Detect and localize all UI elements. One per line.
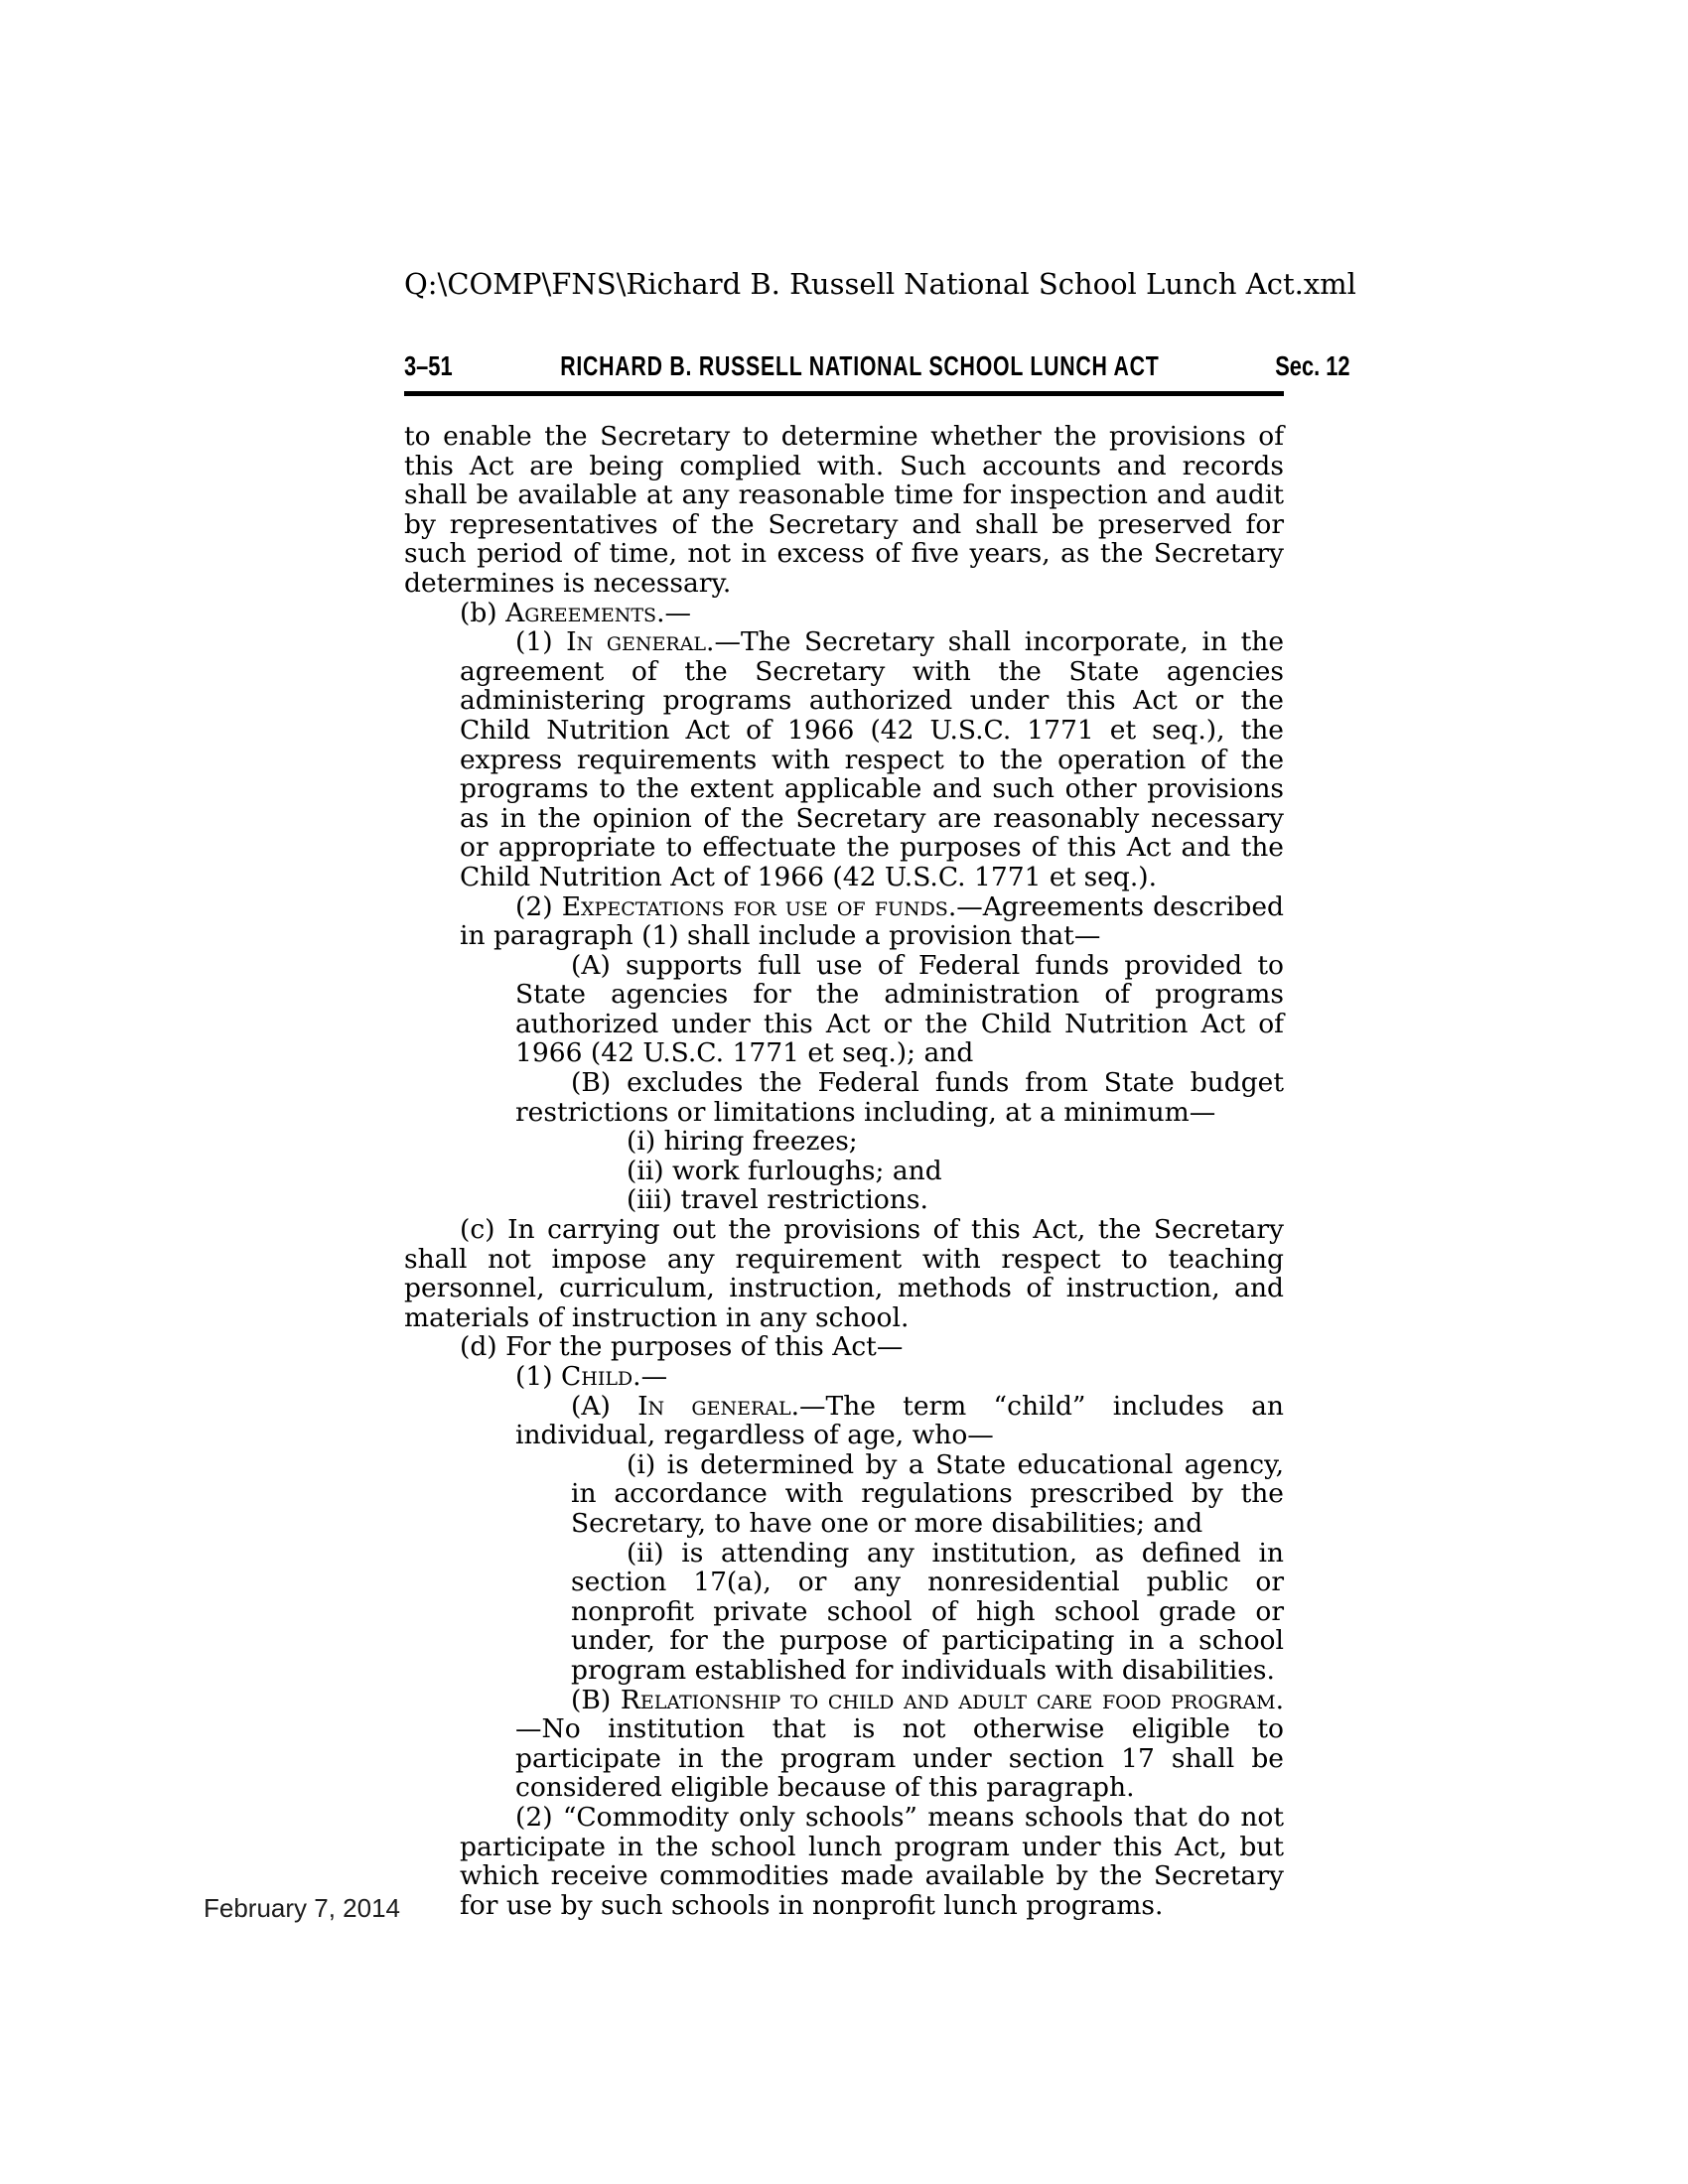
text-run: (d) For the purposes of this Act— <box>460 1331 903 1362</box>
paragraph: to enable the Secretary to determine whe… <box>404 422 1284 599</box>
text-run: (2) “Commodity only schools” means schoo… <box>460 1802 1284 1921</box>
file-path-header: Q:\COMP\FNS\Richard B. Russell National … <box>404 268 1284 301</box>
text-run: (1) <box>515 1361 561 1392</box>
paragraph: (A) supports full use of Federal funds p… <box>515 951 1284 1068</box>
text-run: (i) is determined by a State educational… <box>571 1449 1284 1539</box>
document-page: Q:\COMP\FNS\Richard B. Russell National … <box>0 0 1688 2184</box>
page-content: Q:\COMP\FNS\Richard B. Russell National … <box>404 268 1284 1920</box>
paragraph: (i) is determined by a State educational… <box>571 1450 1284 1539</box>
section-number: Sec. 12 <box>1275 348 1349 384</box>
paragraph: (A) In general.—The term “child” include… <box>515 1392 1284 1450</box>
footer-date: February 7, 2014 <box>204 1893 400 1923</box>
paragraph: (ii) work furloughs; and <box>571 1157 1284 1186</box>
paragraph: (ii) is attending any institution, as de… <box>571 1539 1284 1686</box>
text-run: (c) In carrying out the provisions of th… <box>404 1214 1284 1333</box>
running-head-title: RICHARD B. RUSSELL NATIONAL SCHOOL LUNCH… <box>561 348 1160 384</box>
text-run: to enable the Secretary to determine whe… <box>404 421 1284 599</box>
paragraph: (iii) travel restrictions. <box>571 1185 1284 1215</box>
paragraph: (2) Expectations for use of funds.—Agree… <box>460 892 1284 951</box>
text-run: .—The Secretary shall incorporate, in th… <box>460 626 1284 892</box>
paragraph: (B) excludes the Federal funds from Stat… <box>515 1068 1284 1127</box>
text-run: (ii) is attending any institution, as de… <box>571 1538 1284 1686</box>
text-run: .— <box>633 1361 667 1392</box>
header-rule <box>404 391 1284 396</box>
paragraph: (c) In carrying out the provisions of th… <box>404 1215 1284 1332</box>
text-run: (A) supports full use of Federal funds p… <box>515 950 1284 1069</box>
small-caps-heading: Agreements <box>505 598 656 628</box>
small-caps-heading: In general <box>566 626 706 657</box>
page-number: 3–51 <box>404 348 453 384</box>
paragraph: (B) Relationship to child and adult care… <box>515 1686 1284 1803</box>
small-caps-heading: In general <box>637 1391 791 1422</box>
paragraph: (b) Agreements.— <box>404 599 1284 628</box>
paragraph: (1) In general.—The Secretary shall inco… <box>460 627 1284 891</box>
paragraph: (d) For the purposes of this Act— <box>404 1332 1284 1362</box>
text-run: (1) <box>515 626 566 657</box>
small-caps-heading: Expectations for use of funds <box>562 891 948 922</box>
running-head: 3–51 RICHARD B. RUSSELL NATIONAL SCHOOL … <box>404 348 1284 384</box>
text-run: (B) <box>571 1685 621 1715</box>
paragraph: (i) hiring freezes; <box>571 1127 1284 1157</box>
text-run: (2) <box>515 891 562 922</box>
text-run: (ii) work furloughs; and <box>627 1156 942 1186</box>
text-run: (A) <box>571 1391 637 1422</box>
text-run: (B) excludes the Federal funds from Stat… <box>515 1067 1284 1128</box>
small-caps-heading: Relationship to child and adult care foo… <box>621 1685 1276 1715</box>
text-run: .— <box>656 598 691 628</box>
text-run: (i) hiring freezes; <box>627 1126 858 1157</box>
text-run: (b) <box>460 598 505 628</box>
statute-body: to enable the Secretary to determine whe… <box>404 422 1284 1920</box>
paragraph: (2) “Commodity only schools” means schoo… <box>460 1803 1284 1920</box>
paragraph: (1) Child.— <box>460 1362 1284 1392</box>
small-caps-heading: Child <box>561 1361 633 1392</box>
text-run: (iii) travel restrictions. <box>627 1184 928 1215</box>
